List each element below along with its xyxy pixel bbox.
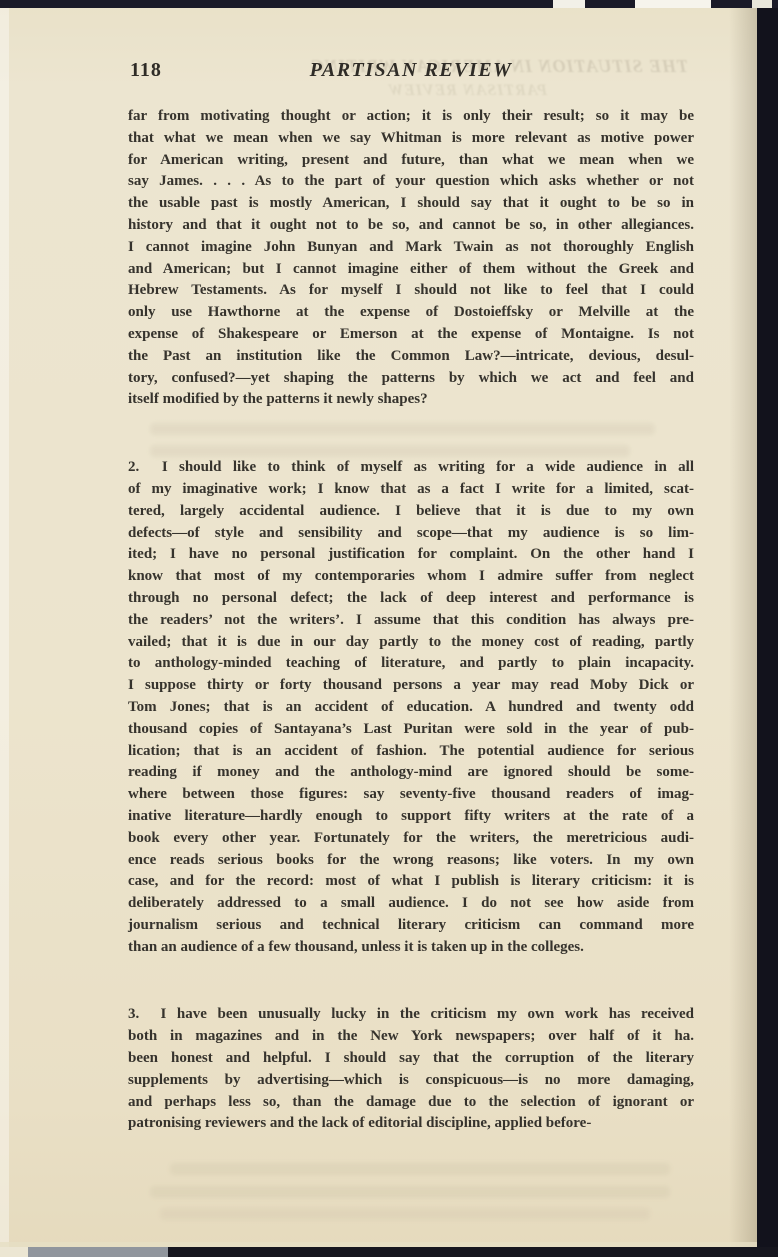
text-line: that what we mean when we say Whitman is… — [128, 128, 694, 150]
bottom-edge-gray-segment — [28, 1247, 168, 1257]
text-line: only use Hawthorne at the expense of Dos… — [128, 302, 694, 324]
text-line: vailed; that it is due in our day partly… — [128, 632, 694, 654]
text-line: I suppose thirty or forty thousand perso… — [128, 675, 694, 697]
text-line: Tom Jones; that is an accident of educat… — [128, 697, 694, 719]
text-line: to anthology-minded teaching of literatu… — [128, 653, 694, 675]
text-line: journalism serious and technical literar… — [128, 915, 694, 937]
journal-title: PARTISAN REVIEW — [128, 59, 694, 82]
page-number: 118 — [130, 59, 162, 82]
text-line: for American writing, present and future… — [128, 150, 694, 172]
text-line: been honest and helpful. I should say th… — [128, 1048, 694, 1070]
text-line: and American; but I cannot imagine eithe… — [128, 259, 694, 281]
text-line: through no personal defect; the lack of … — [128, 588, 694, 610]
text-line: book every other year. Fortunately for t… — [128, 828, 694, 850]
paragraph-2: 2. I should like to think of myself as w… — [128, 457, 694, 958]
text-body: far from motivating thought or action; i… — [128, 106, 694, 1181]
text-line: defects—of style and sensibility and sco… — [128, 523, 694, 545]
text-line: patronising reviewers and the lack of ed… — [128, 1113, 694, 1135]
text-line: 3. I have been unusually lucky in the cr… — [128, 1004, 694, 1026]
text-line: ence reads serious books for the wrong r… — [128, 850, 694, 872]
scan-bottom-edge-bar — [0, 1247, 778, 1257]
text-line: 2. I should like to think of myself as w… — [128, 457, 694, 479]
text-line: expense of Shakespeare or Emerson at the… — [128, 324, 694, 346]
text-line: inative literature—hardly enough to supp… — [128, 806, 694, 828]
text-line: where between those figures: say seventy… — [128, 784, 694, 806]
text-line: the readers’ not the writers’. I assume … — [128, 610, 694, 632]
scan-right-edge-bar — [757, 0, 778, 1257]
text-line: I cannot imagine John Bunyan and Mark Tw… — [128, 237, 694, 259]
bleedthrough-stripe — [150, 1186, 670, 1198]
text-line: of my imaginative work; I know that as a… — [128, 479, 694, 501]
text-line: tered, largely accidental audience. I be… — [128, 501, 694, 523]
text-line: than an audience of a few thousand, unle… — [128, 937, 694, 959]
text-line: far from motivating thought or action; i… — [128, 106, 694, 128]
text-line: ited; I have no personal justification f… — [128, 544, 694, 566]
text-line: deliberately addressed to a small audien… — [128, 893, 694, 915]
text-line: case, and for the record: most of what I… — [128, 871, 694, 893]
text-line: and perhaps less so, than the damage due… — [128, 1092, 694, 1114]
text-line: reading if money and the anthology-mind … — [128, 762, 694, 784]
top-edge-light-segment — [553, 0, 585, 8]
bottom-edge-white-segment — [0, 1247, 28, 1257]
paragraph-3: 3. I have been unusually lucky in the cr… — [128, 1004, 694, 1135]
text-line: supplements by advertising—which is cons… — [128, 1070, 694, 1092]
text-line: itself modified by the patterns it newly… — [128, 389, 694, 411]
text-line: the Past an institution like the Common … — [128, 346, 694, 368]
text-line: history and that it ought not to be so, … — [128, 215, 694, 237]
top-edge-light-segment — [635, 0, 711, 8]
text-line: know that most of my contemporaries whom… — [128, 566, 694, 588]
top-edge-light-segment — [752, 0, 772, 8]
text-line: lication; that is an accident of fashion… — [128, 741, 694, 763]
paragraph-1: far from motivating thought or action; i… — [128, 106, 694, 411]
scan-top-edge-bar — [0, 0, 778, 8]
text-line: both in magazines and in the New York ne… — [128, 1026, 694, 1048]
text-line: Hebrew Testaments. As for myself I shoul… — [128, 280, 694, 302]
page-header: 118 PARTISAN REVIEW — [128, 59, 694, 85]
text-line: the usable past is mostly American, I sh… — [128, 193, 694, 215]
page-right-shadow — [729, 0, 757, 1257]
text-line: thousand copies of Santayana’s Last Puri… — [128, 719, 694, 741]
text-line: tory, confused?—yet shaping the patterns… — [128, 368, 694, 390]
page-left-edge — [0, 8, 9, 1248]
text-line: say James. . . . As to the part of your … — [128, 171, 694, 193]
bleedthrough-stripe — [160, 1208, 650, 1220]
